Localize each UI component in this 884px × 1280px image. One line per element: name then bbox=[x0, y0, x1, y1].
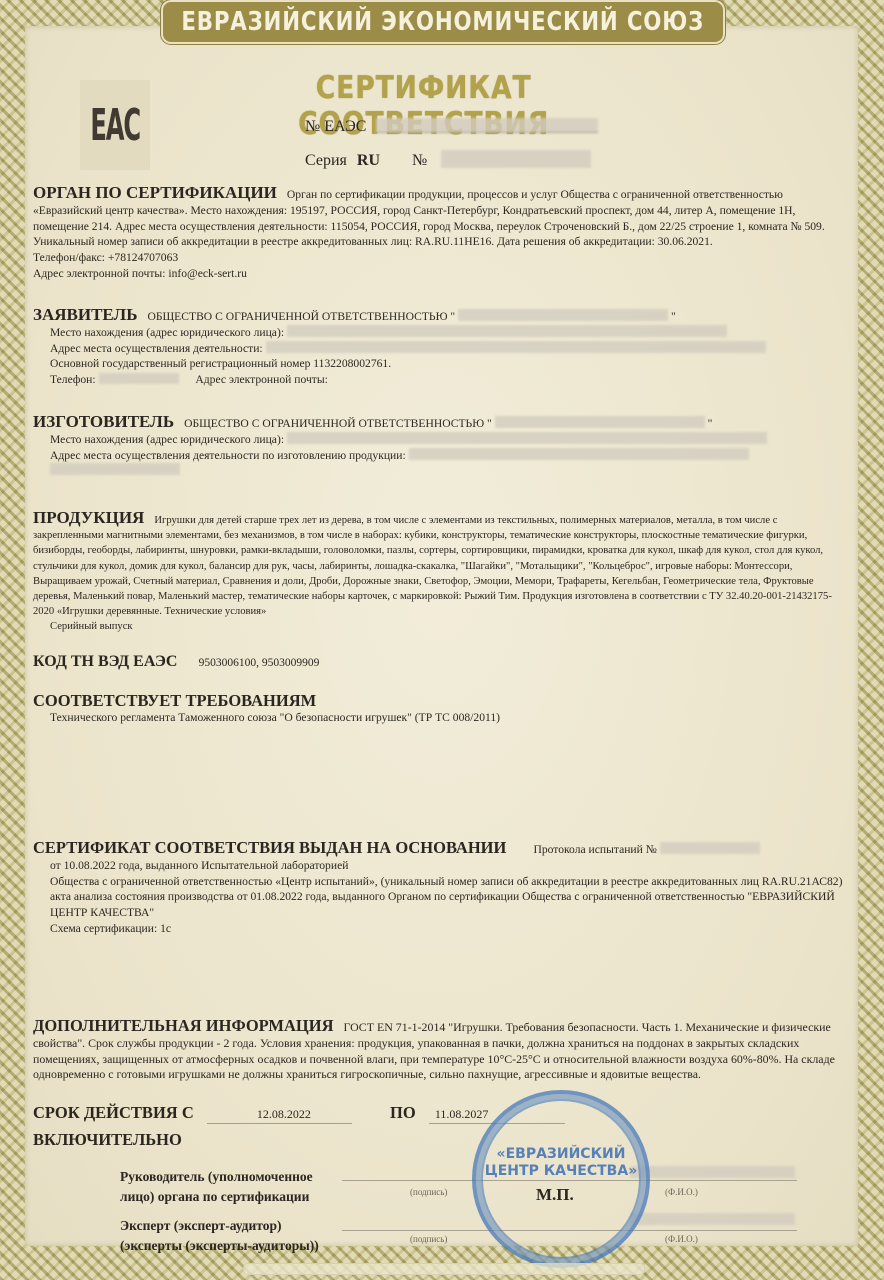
redacted-applicant-activity-address bbox=[266, 341, 766, 353]
expert-label-line-2: (эксперты (эксперты-аудиторы)) bbox=[120, 1236, 319, 1256]
redacted-applicant-phone bbox=[99, 373, 179, 384]
applicant-name-end: " bbox=[671, 310, 676, 323]
hs-code-heading: КОД ТН ВЭД ЕАЭС bbox=[33, 653, 177, 670]
seal-mark: М.П. bbox=[536, 1185, 574, 1205]
redacted-applicant-legal-address bbox=[287, 325, 727, 337]
redacted-series-number bbox=[441, 150, 591, 168]
head-label-line-2: лицо) органа по сертификации bbox=[120, 1187, 313, 1207]
applicant-name: ОБЩЕСТВО С ОГРАНИЧЕННОЙ ОТВЕТСТВЕННОСТЬЮ… bbox=[147, 310, 455, 323]
head-name-caption: (Ф.И.О.) bbox=[665, 1187, 698, 1197]
number-label: № ЕАЭС bbox=[305, 118, 366, 135]
hs-code-value: 9503006100, 9503009909 bbox=[199, 657, 320, 669]
basis-heading: СЕРТИФИКАТ СООТВЕТСТВИЯ ВЫДАН НА ОСНОВАН… bbox=[33, 838, 506, 857]
hs-code-section: КОД ТН ВЭД ЕАЭС 9503006100, 9503009909 bbox=[33, 654, 848, 672]
redacted-expert-name bbox=[630, 1213, 795, 1225]
requirements-heading: СООТВЕТСТВУЕТ ТРЕБОВАНИЯМ bbox=[33, 693, 838, 710]
no-label: № bbox=[412, 152, 427, 169]
basis-section: СЕРТИФИКАТ СООТВЕТСТВИЯ ВЫДАН НА ОСНОВАН… bbox=[33, 840, 848, 937]
redacted-manufacturer-legal-address bbox=[287, 432, 767, 444]
product-release: Серийный выпуск bbox=[33, 619, 848, 634]
manufacturer-section: ИЗГОТОВИТЕЛЬОБЩЕСТВО С ОГРАНИЧЕННОЙ ОТВЕ… bbox=[33, 414, 848, 480]
redacted-protocol-number bbox=[660, 842, 760, 854]
requirements-section: СООТВЕТСТВУЕТ ТРЕБОВАНИЯМ Технического р… bbox=[33, 693, 848, 726]
eac-logo-text: ЕАС bbox=[90, 100, 140, 151]
certification-body-heading: ОРГАН ПО СЕРТИФИКАЦИИ bbox=[33, 183, 277, 202]
footer-imprint bbox=[243, 1263, 645, 1275]
applicant-phone-label: Телефон: bbox=[50, 373, 96, 386]
redacted-manufacturer-extra bbox=[50, 463, 180, 475]
head-signature-label: Руководитель (уполномоченное лицо) орган… bbox=[120, 1167, 313, 1207]
manufacturer-legal-address: Место нахождения (адрес юридического лиц… bbox=[50, 433, 284, 446]
additional-info-heading: ДОПОЛНИТЕЛЬНАЯ ИНФОРМАЦИЯ bbox=[33, 1016, 334, 1035]
basis-line: акта анализа состояния производства от 0… bbox=[33, 889, 848, 921]
redacted-manufacturer-production-address bbox=[409, 448, 749, 460]
head-label-line-1: Руководитель (уполномоченное bbox=[120, 1167, 313, 1187]
redacted-number bbox=[376, 118, 598, 133]
expert-label-line-1: Эксперт (эксперт-аудитор) bbox=[120, 1216, 319, 1236]
applicant-ogrn: Основной государственный регистрационный… bbox=[33, 356, 848, 372]
validity-from-label: СРОК ДЕЙСТВИЯ С bbox=[33, 1103, 194, 1122]
validity-to-label: ПО bbox=[390, 1103, 416, 1122]
basis-line: от 10.08.2022 года, выданного Испытатель… bbox=[33, 858, 848, 874]
head-signature-caption: (подпись) bbox=[410, 1187, 447, 1197]
series-label: Серия bbox=[305, 152, 347, 169]
redacted-applicant-name bbox=[458, 309, 668, 321]
expert-name-caption: (Ф.И.О.) bbox=[665, 1234, 698, 1244]
applicant-email-label: Адрес электронной почты: bbox=[195, 373, 327, 386]
expert-signature-label: Эксперт (эксперт-аудитор) (эксперты (экс… bbox=[120, 1216, 319, 1256]
series-line: Серия RU № bbox=[305, 150, 591, 170]
additional-info-section: ДОПОЛНИТЕЛЬНАЯ ИНФОРМАЦИЯГОСТ EN 71-1-20… bbox=[33, 1018, 848, 1083]
applicant-activity-address: Адрес места осуществления деятельности: bbox=[50, 342, 263, 355]
applicant-legal-address: Место нахождения (адрес юридического лиц… bbox=[50, 326, 284, 339]
certificate-number-line: № ЕАЭС bbox=[305, 118, 598, 136]
manufacturer-name: ОБЩЕСТВО С ОГРАНИЧЕННОЙ ОТВЕТСТВЕННОСТЬЮ… bbox=[184, 417, 492, 430]
validity-section: СРОК ДЕЙСТВИЯ С 12.08.2022 ПО 11.08.2027… bbox=[33, 1105, 848, 1149]
applicant-heading: ЗАЯВИТЕЛЬ bbox=[33, 305, 137, 324]
eac-logo: ЕАС bbox=[80, 80, 150, 170]
manufacturer-production-address: Адрес места осуществления деятельности п… bbox=[50, 449, 406, 462]
basis-line: Схема сертификации: 1с bbox=[33, 921, 848, 937]
header-banner: ЕВРАЗИЙСКИЙ ЭКОНОМИЧЕСКИЙ СОЮЗ bbox=[163, 2, 723, 42]
validity-from-date: 12.08.2022 bbox=[207, 1106, 352, 1124]
banner-text: ЕВРАЗИЙСКИЙ ЭКОНОМИЧЕСКИЙ СОЮЗ bbox=[182, 7, 705, 37]
certification-body-email: Адрес электронной почты: info@eck-sert.r… bbox=[33, 266, 848, 282]
series-value: RU bbox=[357, 152, 380, 169]
validity-inclusive: ВКЛЮЧИТЕЛЬНО bbox=[33, 1132, 838, 1149]
protocol-label: Протокола испытаний № bbox=[533, 843, 656, 856]
product-text: Игрушки для детей старше трех лет из дер… bbox=[33, 515, 832, 617]
applicant-section: ЗАЯВИТЕЛЬОБЩЕСТВО С ОГРАНИЧЕННОЙ ОТВЕТСТ… bbox=[33, 307, 848, 388]
certification-body-section: ОРГАН ПО СЕРТИФИКАЦИИОрган по сертификац… bbox=[33, 185, 848, 282]
redacted-head-name bbox=[630, 1166, 795, 1178]
product-section: ПРОДУКЦИЯИгрушки для детей старше трех л… bbox=[33, 510, 848, 634]
stamp-line-2: ЦЕНТР КАЧЕСТВА» bbox=[476, 1163, 646, 1180]
official-stamp: «ЕВРАЗИЙСКИЙ ЦЕНТР КАЧЕСТВА» bbox=[472, 1090, 650, 1268]
manufacturer-heading: ИЗГОТОВИТЕЛЬ bbox=[33, 412, 174, 431]
basis-line: Общества с ограниченной ответственностью… bbox=[33, 874, 848, 890]
manufacturer-name-end: " bbox=[708, 417, 713, 430]
requirements-text: Технического регламента Таможенного союз… bbox=[33, 710, 848, 726]
product-heading: ПРОДУКЦИЯ bbox=[33, 508, 144, 527]
expert-signature-caption: (подпись) bbox=[410, 1234, 447, 1244]
certification-body-phone: Телефон/факс: +78124707063 bbox=[33, 250, 848, 266]
stamp-line-1: «ЕВРАЗИЙСКИЙ bbox=[476, 1146, 646, 1163]
redacted-manufacturer-name bbox=[495, 416, 705, 428]
